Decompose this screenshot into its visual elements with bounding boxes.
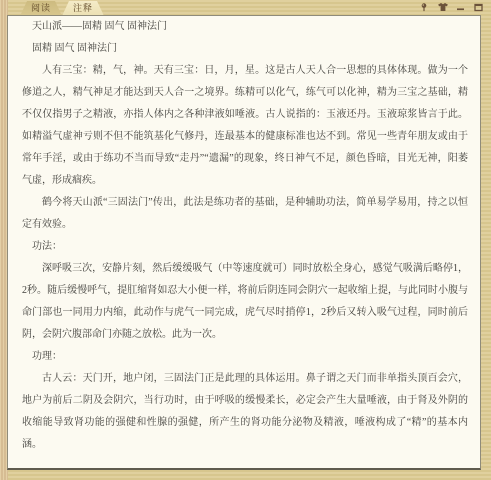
tab-annotation-label: 注释 <box>73 3 93 13</box>
tab-read[interactable]: 阅读 <box>20 1 62 16</box>
tab-annotation[interactable]: 注释 <box>62 1 104 16</box>
minimize-icon[interactable] <box>456 3 466 12</box>
shirt-icon[interactable] <box>438 3 448 12</box>
tab-read-label: 阅读 <box>31 3 51 13</box>
maximize-icon[interactable] <box>474 3 484 12</box>
paragraph-intro: 鹤今将天山派“三固法门”传出，此法是练功者的基础，是种辅助功法，简单易学易用，持… <box>22 192 468 236</box>
paragraph-sanbao: 人有三宝：精，气，神。天有三宝：日，月，星。这是古人天人合一思想的具体体现。做为… <box>22 60 468 192</box>
document-title: 天山派——固精 固气 固神法门 <box>22 16 468 38</box>
document-panel: 天山派——固精 固气 固神法门 固精 固气 固神法门 人有三宝：精，气，神。天有… <box>7 15 481 470</box>
paragraph-gongfa: 深呼吸三次，安静片刻，然后缓缓吸气（中等速度就可）同时放松全身心，感觉气吸满后略… <box>22 258 468 346</box>
heading-gongfa: 功法： <box>22 236 468 258</box>
tab-bar: 阅读 注释 <box>0 0 491 16</box>
document-subtitle: 固精 固气 固神法门 <box>22 38 468 60</box>
heading-gongli: 功理： <box>22 346 468 368</box>
window-controls <box>420 2 484 12</box>
paragraph-gongli: 古人云：天门开，地户闭，三固法门正是此理的具体运用。鼻子谓之天门而非单指头顶百会… <box>22 368 468 456</box>
pin-icon[interactable] <box>420 3 430 12</box>
